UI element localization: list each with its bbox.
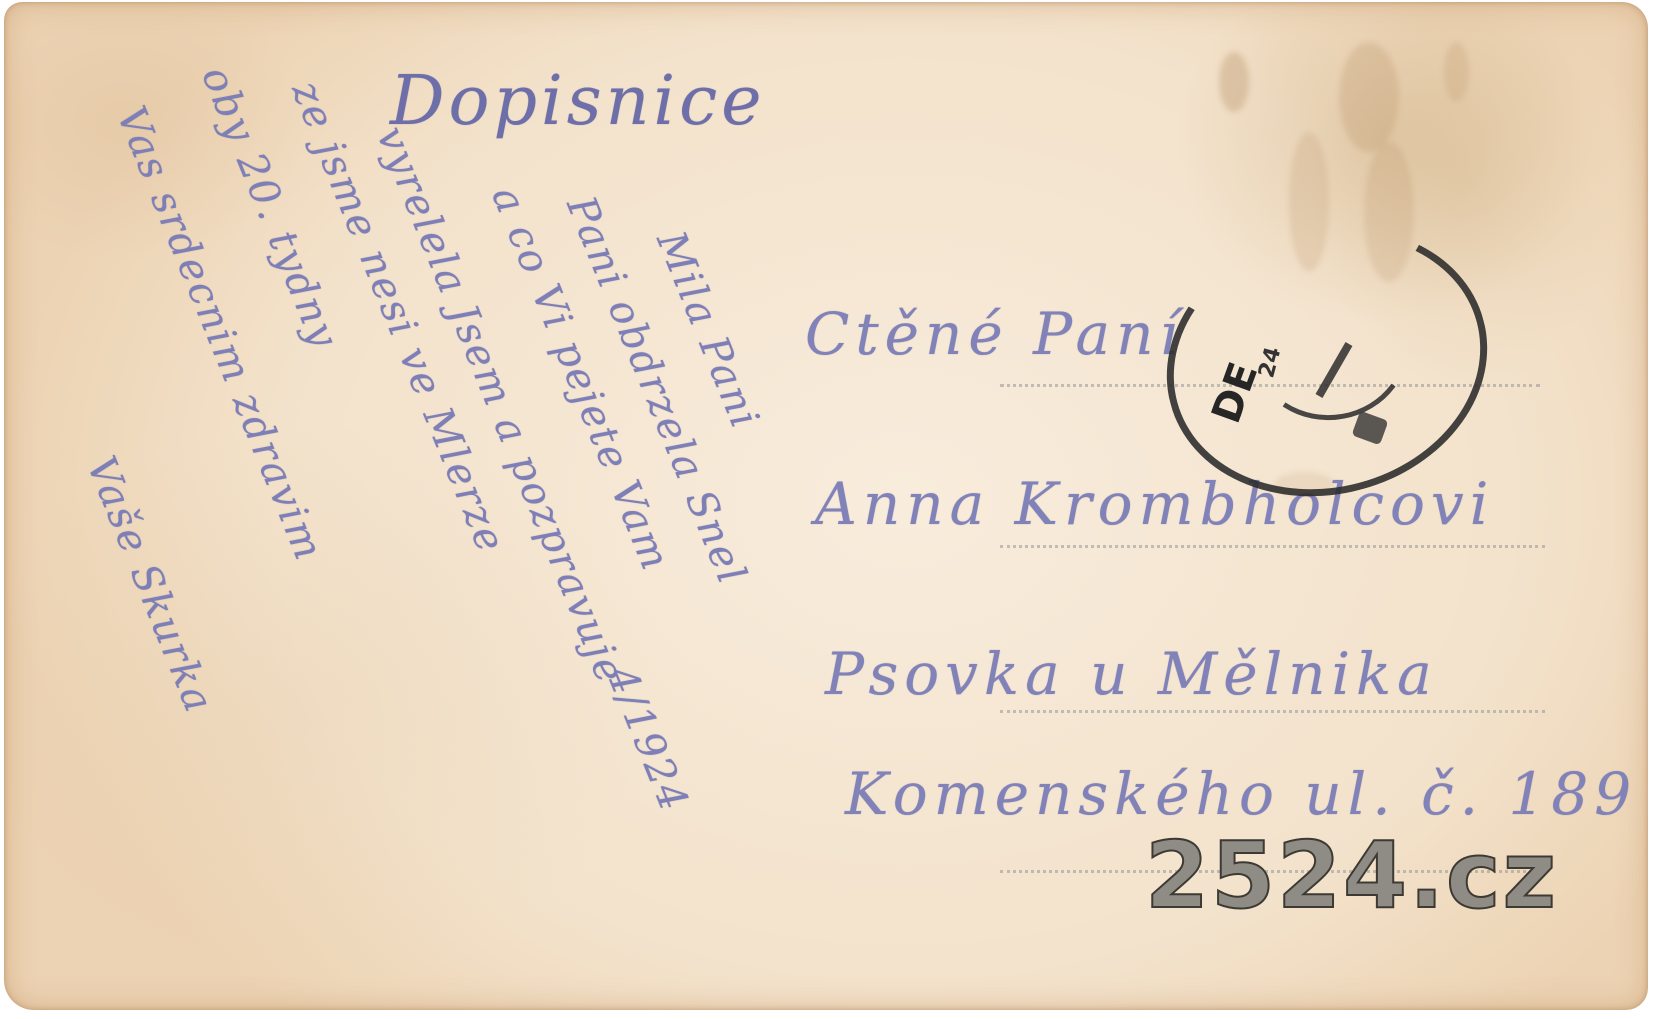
stain bbox=[1339, 42, 1399, 152]
watermark-logo: 2524.cz bbox=[1145, 822, 1558, 929]
address-line: Ctěné Paní bbox=[805, 300, 1184, 368]
address-rule bbox=[1000, 545, 1545, 548]
address-line: Psovka u Mělnika bbox=[825, 640, 1438, 708]
stain bbox=[1219, 52, 1249, 112]
address-line: Komenského ul. č. 189 bbox=[845, 760, 1637, 828]
postmark: DE 24 bbox=[1165, 300, 1465, 480]
address-line: Anna Krombholcovi bbox=[815, 470, 1494, 538]
address-rule bbox=[1000, 710, 1545, 713]
postcard-header: Dopisnice bbox=[390, 62, 766, 141]
stain bbox=[1444, 42, 1469, 102]
